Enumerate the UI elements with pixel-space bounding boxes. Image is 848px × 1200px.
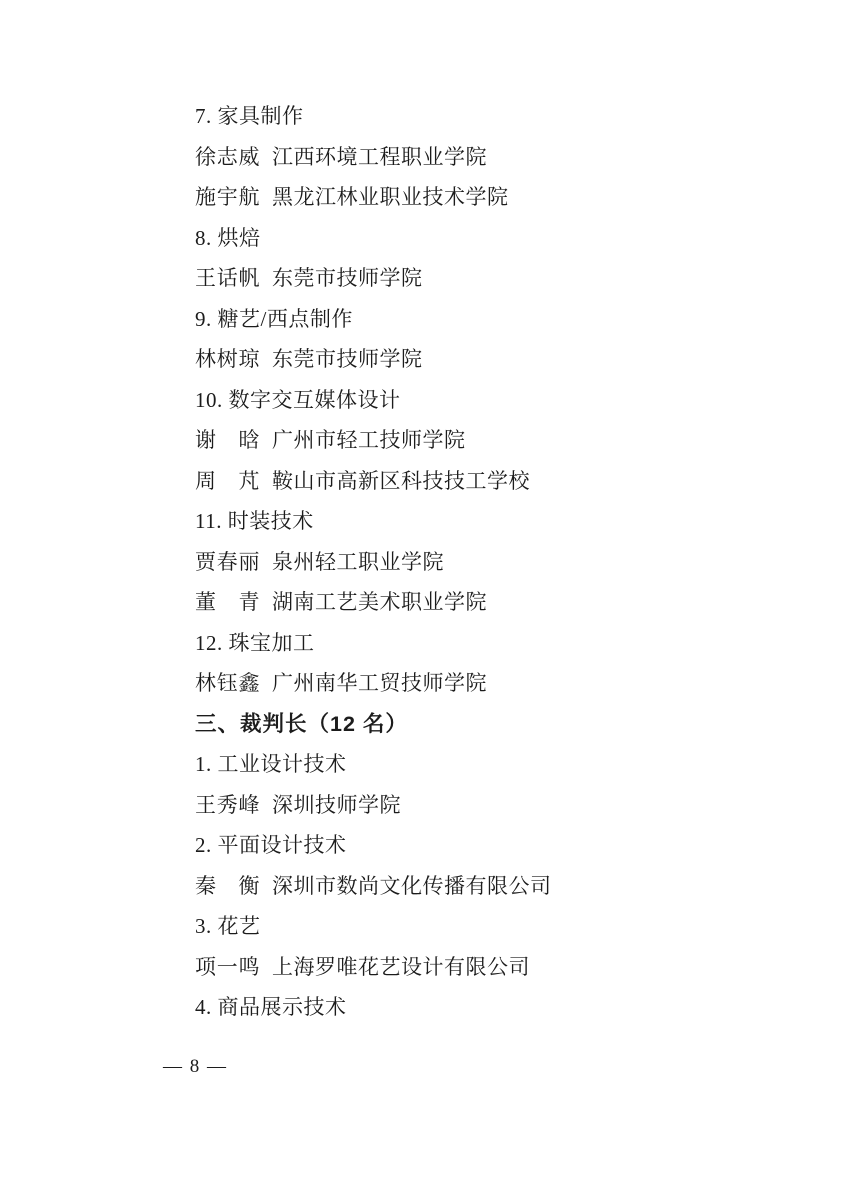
skill-category-heading: 8. 烘焙	[195, 218, 848, 259]
judge-row: 王话帆东莞市技师学院	[195, 258, 848, 299]
judge-list: 7. 家具制作 徐志威江西环境工程职业学院 施宇航黑龙江林业职业技术学院 8. …	[195, 96, 848, 1028]
judge-row: 王秀峰深圳技师学院	[195, 785, 848, 826]
judge-institution: 泉州轻工职业学院	[272, 550, 444, 574]
skill-category-heading: 11. 时装技术	[195, 501, 848, 542]
judge-row: 董青湖南工艺美术职业学院	[195, 582, 848, 623]
judge-institution: 深圳市数尚文化传播有限公司	[272, 874, 552, 898]
skill-category-heading: 1. 工业设计技术	[195, 744, 848, 785]
judge-institution: 黑龙江林业职业技术学院	[272, 185, 509, 209]
judge-name: 施宇航	[195, 177, 260, 218]
skill-category-heading: 10. 数字交互媒体设计	[195, 380, 848, 421]
judge-row: 秦衡深圳市数尚文化传播有限公司	[195, 866, 848, 907]
judge-name: 徐志威	[195, 137, 260, 178]
judge-name: 周芃	[195, 461, 260, 502]
judge-row: 周芃鞍山市高新区科技技工学校	[195, 461, 848, 502]
judge-name: 林树琼	[195, 339, 260, 380]
judge-name: 林钰鑫	[195, 663, 260, 704]
judge-institution: 江西环境工程职业学院	[272, 145, 487, 169]
page-number: — 8 —	[163, 1055, 228, 1079]
skill-category-heading: 2. 平面设计技术	[195, 825, 848, 866]
judge-row: 谢晗广州市轻工技师学院	[195, 420, 848, 461]
judge-institution: 湖南工艺美术职业学院	[272, 590, 487, 614]
skill-category-heading: 12. 珠宝加工	[195, 623, 848, 664]
judge-row: 徐志威江西环境工程职业学院	[195, 137, 848, 178]
section-heading-chief-referees: 三、裁判长（12 名）	[195, 704, 848, 745]
judge-institution: 东莞市技师学院	[272, 347, 423, 371]
judge-name: 王话帆	[195, 258, 260, 299]
judge-institution: 东莞市技师学院	[272, 266, 423, 290]
judge-name: 贾春丽	[195, 542, 260, 583]
judge-institution: 广州市轻工技师学院	[272, 428, 466, 452]
judge-row: 林树琼东莞市技师学院	[195, 339, 848, 380]
judge-institution: 上海罗唯花艺设计有限公司	[272, 955, 530, 979]
judge-name: 王秀峰	[195, 785, 260, 826]
document-page: 7. 家具制作 徐志威江西环境工程职业学院 施宇航黑龙江林业职业技术学院 8. …	[0, 0, 848, 1200]
judge-row: 贾春丽泉州轻工职业学院	[195, 542, 848, 583]
skill-category-heading: 7. 家具制作	[195, 96, 848, 137]
judge-institution: 鞍山市高新区科技技工学校	[272, 469, 530, 493]
skill-category-heading: 3. 花艺	[195, 906, 848, 947]
skill-category-heading: 4. 商品展示技术	[195, 987, 848, 1028]
judge-name: 项一鸣	[195, 947, 260, 988]
judge-name: 谢晗	[195, 420, 260, 461]
judge-row: 林钰鑫广州南华工贸技师学院	[195, 663, 848, 704]
judge-name: 董青	[195, 582, 260, 623]
judge-institution: 广州南华工贸技师学院	[272, 671, 487, 695]
judge-institution: 深圳技师学院	[272, 793, 401, 817]
judge-row: 项一鸣上海罗唯花艺设计有限公司	[195, 947, 848, 988]
judge-row: 施宇航黑龙江林业职业技术学院	[195, 177, 848, 218]
skill-category-heading: 9. 糖艺/西点制作	[195, 299, 848, 340]
judge-name: 秦衡	[195, 866, 260, 907]
